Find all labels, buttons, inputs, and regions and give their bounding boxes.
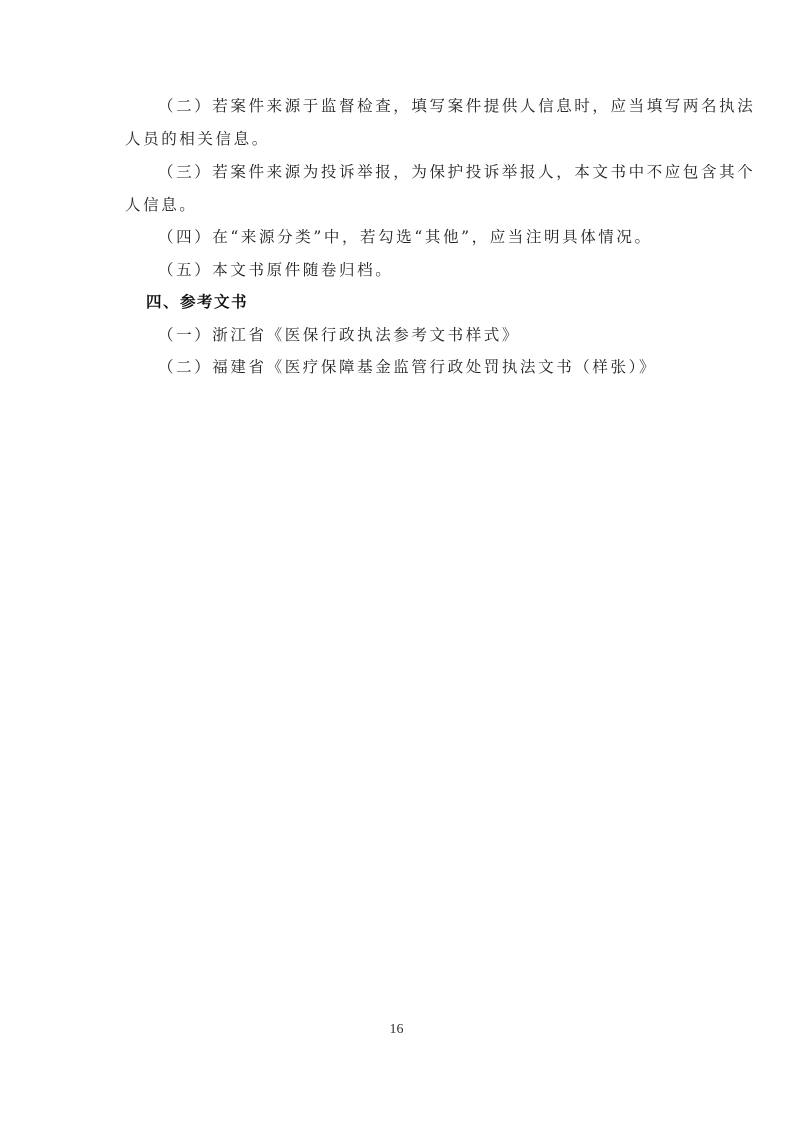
reference-2: （二）福建省《医疗保障基金监管行政处罚执法文书（样张）》 [158, 357, 657, 377]
paragraph-3-line-1: （三）若案件来源为投诉举报，为保护投诉举报人，本文书中不应包含其个 [158, 162, 755, 182]
section-heading: 四、参考文书 [146, 292, 248, 312]
paragraph-2-line-2: 人员的相关信息。 [125, 129, 270, 149]
paragraph-2-line-1: （二）若案件来源于监督检查，填写案件提供人信息时，应当填写两名执法 [158, 96, 755, 116]
paragraph-4: （四）在“来源分类”中，若勾选“其他”，应当注明具体情况。 [158, 227, 653, 247]
reference-1: （一）浙江省《医保行政执法参考文书样式》 [158, 325, 520, 345]
paragraph-5: （五）本文书原件随卷归档。 [158, 260, 393, 280]
document-page: （二）若案件来源于监督检查，填写案件提供人信息时，应当填写两名执法 人员的相关信… [0, 0, 793, 1122]
paragraph-3-line-2: 人信息。 [125, 195, 197, 215]
page-number: 16 [0, 1022, 793, 1038]
